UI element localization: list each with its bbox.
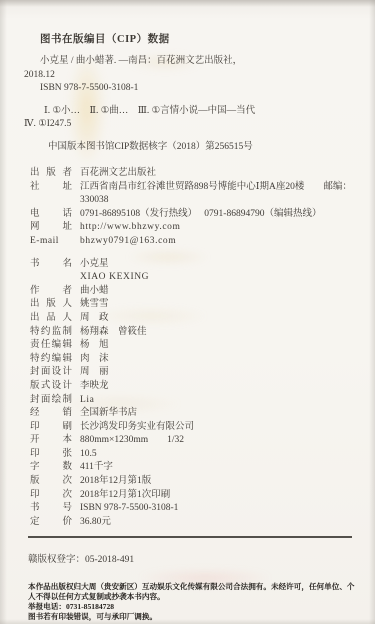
cip-description: 小克星 / 曲小蜡著. —南昌：百花洲文艺出版社， 2018.12 ISBN 9… <box>0 55 375 96</box>
field-label: 经销 <box>30 407 72 421</box>
field-value website-url: http://www.bhzwy.com <box>80 221 180 235</box>
field-label: 特约编辑 <box>30 353 72 367</box>
colophon-row: 经销 全国新华书店 <box>0 407 375 421</box>
field-label: 出版人 <box>30 298 72 312</box>
publisher-row: 电话 0791-86895108（发行热线） 0791-86894790（编辑热… <box>0 208 375 222</box>
publisher-row: 社址 江西省南昌市红谷滩世贸路898号博能中心Ⅰ期A座20楼 邮编：330038 <box>0 181 375 208</box>
field-label <box>30 271 72 285</box>
field-label: 版式设计 <box>30 380 72 394</box>
colophon-row: 印刷 长沙鸿发印务实业有限公司 <box>0 421 375 435</box>
field-value printing: 2018年12月第1次印刷 <box>80 489 170 503</box>
field-value email-address: bhzwy0791@163.com <box>80 235 176 249</box>
cip-class-line-1: Ⅰ. ①小… Ⅱ. ①曲… Ⅲ. ①言情小说—中国—当代 <box>44 105 375 119</box>
field-value: 杨翔森 曾筱佳 <box>80 326 147 340</box>
field-value: 江西省南昌市红谷滩世贸路898号博能中心Ⅰ期A座20楼 邮编：330038 <box>80 181 375 208</box>
field-value: 肉 沫 <box>80 353 109 367</box>
field-label: 网址 <box>30 221 72 235</box>
cip-title-line: 小克星 / 曲小蜡著. —南昌：百花洲文艺出版社， <box>40 55 375 69</box>
cip-class-line-2: Ⅳ. ①I247.5 <box>24 118 375 132</box>
colophon-row: 封面设计 周 丽 <box>0 366 375 380</box>
colophon-row: XIAO KEXING <box>0 271 375 285</box>
colophon-row: 书号 ISBN 978-7-5500-3108-1 <box>0 502 375 516</box>
colophon-row: 定价 36.80元 <box>0 516 375 530</box>
field-value format-size: 880mm×1230mm 1/32 <box>80 434 184 448</box>
colophon-row: 特约编辑 肉 沫 <box>0 353 375 367</box>
field-label: 社址 <box>30 181 72 208</box>
field-label: 书号 <box>30 502 72 516</box>
field-label: 电话 <box>30 208 72 222</box>
cip-classification: Ⅰ. ①小… Ⅱ. ①曲… Ⅲ. ①言情小说—中国—当代 Ⅳ. ①I247.5 <box>0 105 375 132</box>
field-value: 杨 旭 <box>80 339 109 353</box>
field-value price: 36.80元 <box>80 516 111 530</box>
field-value: 周 丽 <box>80 366 109 380</box>
field-value: 长沙鸿发印务实业有限公司 <box>80 421 194 435</box>
cip-isbn-line: ISBN 978-7-5500-3108-1 <box>40 82 375 96</box>
field-value: 李映龙 <box>80 380 109 394</box>
field-value cover-artist: Lia <box>80 394 94 408</box>
field-label: 印次 <box>30 489 72 503</box>
colophon-row: 印次 2018年12月第1次印刷 <box>0 489 375 503</box>
field-label: 开本 <box>30 434 72 448</box>
colophon-row: 字数 411千字 <box>0 461 375 475</box>
field-label: 定价 <box>30 516 72 530</box>
field-value: 姚雪雪 <box>80 298 109 312</box>
field-label: 版次 <box>30 475 72 489</box>
field-label: 封面设计 <box>30 366 72 380</box>
colophon-row: 印张 10.5 <box>0 448 375 462</box>
colophon-block: 书名 小克星 XIAO KEXING 作者 曲小蜡 出版人 姚雪雪 出品人 周 … <box>0 258 375 530</box>
field-value word-count: 411千字 <box>80 461 113 475</box>
publisher-info-block: 出版者 百花洲文艺出版社 社址 江西省南昌市红谷滩世贸路898号博能中心Ⅰ期A座… <box>0 167 375 249</box>
cip-header: 图书在版编目（CIP）数据 <box>40 33 375 46</box>
colophon-row: 作者 曲小蜡 <box>0 285 375 299</box>
field-label: E-mail <box>30 235 72 249</box>
field-value edition: 2018年12月第1版 <box>80 475 151 489</box>
colophon-row: 版式设计 李映龙 <box>0 380 375 394</box>
colophon-row: 责任编辑 杨 旭 <box>0 339 375 353</box>
field-value: 百花洲文艺出版社 <box>80 167 156 181</box>
cip-record-number: 中国版本图书馆CIP数据核字（2018）第256515号 <box>48 141 375 155</box>
field-value author-name: 曲小蜡 <box>80 285 109 299</box>
report-phone-line: 举报电话：0731-85184728 <box>28 602 375 612</box>
field-value: 周 政 <box>80 312 109 326</box>
colophon-row: 出版人 姚雪雪 <box>0 298 375 312</box>
field-value book-title: 小克星 <box>80 258 109 272</box>
field-value: 全国新华书店 <box>80 407 137 421</box>
field-label: 作者 <box>30 285 72 299</box>
field-value: 10.5 <box>80 448 97 462</box>
field-label: 出品人 <box>30 312 72 326</box>
colophon-row: 特约监制 杨翔森 曾筱佳 <box>0 326 375 340</box>
field-label: 责任编辑 <box>30 339 72 353</box>
field-label: 特约监制 <box>30 326 72 340</box>
copyright-registration-number: 赣版权登字：05-2018-491 <box>28 554 375 567</box>
publisher-row: E-mail bhzwy0791@163.com <box>0 235 375 249</box>
colophon-row: 开本 880mm×1230mm 1/32 <box>0 434 375 448</box>
colophon-row: 封面绘制 Lia <box>0 394 375 408</box>
field-label: 书名 <box>30 258 72 272</box>
colophon-row: 出品人 周 政 <box>0 312 375 326</box>
field-value book-title-pinyin: XIAO KEXING <box>80 271 149 285</box>
field-label: 印张 <box>30 448 72 462</box>
copyright-notice: 本作品出版权归大周（贵安新区）互动娱乐文化传媒有限公司合法拥有。未经许可，任何单… <box>28 582 355 602</box>
field-label: 印刷 <box>30 421 72 435</box>
misprint-exchange-line: 图书若有印装错误，可与承印厂调换。 <box>28 612 375 622</box>
publisher-row: 出版者 百花洲文艺出版社 <box>0 167 375 181</box>
publisher-row: 网址 http://www.bhzwy.com <box>0 221 375 235</box>
field-value isbn: ISBN 978-7-5500-3108-1 <box>80 502 178 516</box>
field-label: 封面绘制 <box>30 394 72 408</box>
cip-title-line-continuation: 2018.12 <box>24 69 375 83</box>
field-label: 字数 <box>30 461 72 475</box>
colophon-row: 书名 小克星 <box>0 258 375 272</box>
colophon-row: 版次 2018年12月第1版 <box>0 475 375 489</box>
divider-rule <box>28 536 352 538</box>
field-value: 0791-86895108（发行热线） 0791-86894790（编辑热线） <box>80 208 321 222</box>
field-label: 出版者 <box>30 167 72 181</box>
copyright-page: 图书在版编目（CIP）数据 小克星 / 曲小蜡著. —南昌：百花洲文艺出版社， … <box>0 0 375 624</box>
